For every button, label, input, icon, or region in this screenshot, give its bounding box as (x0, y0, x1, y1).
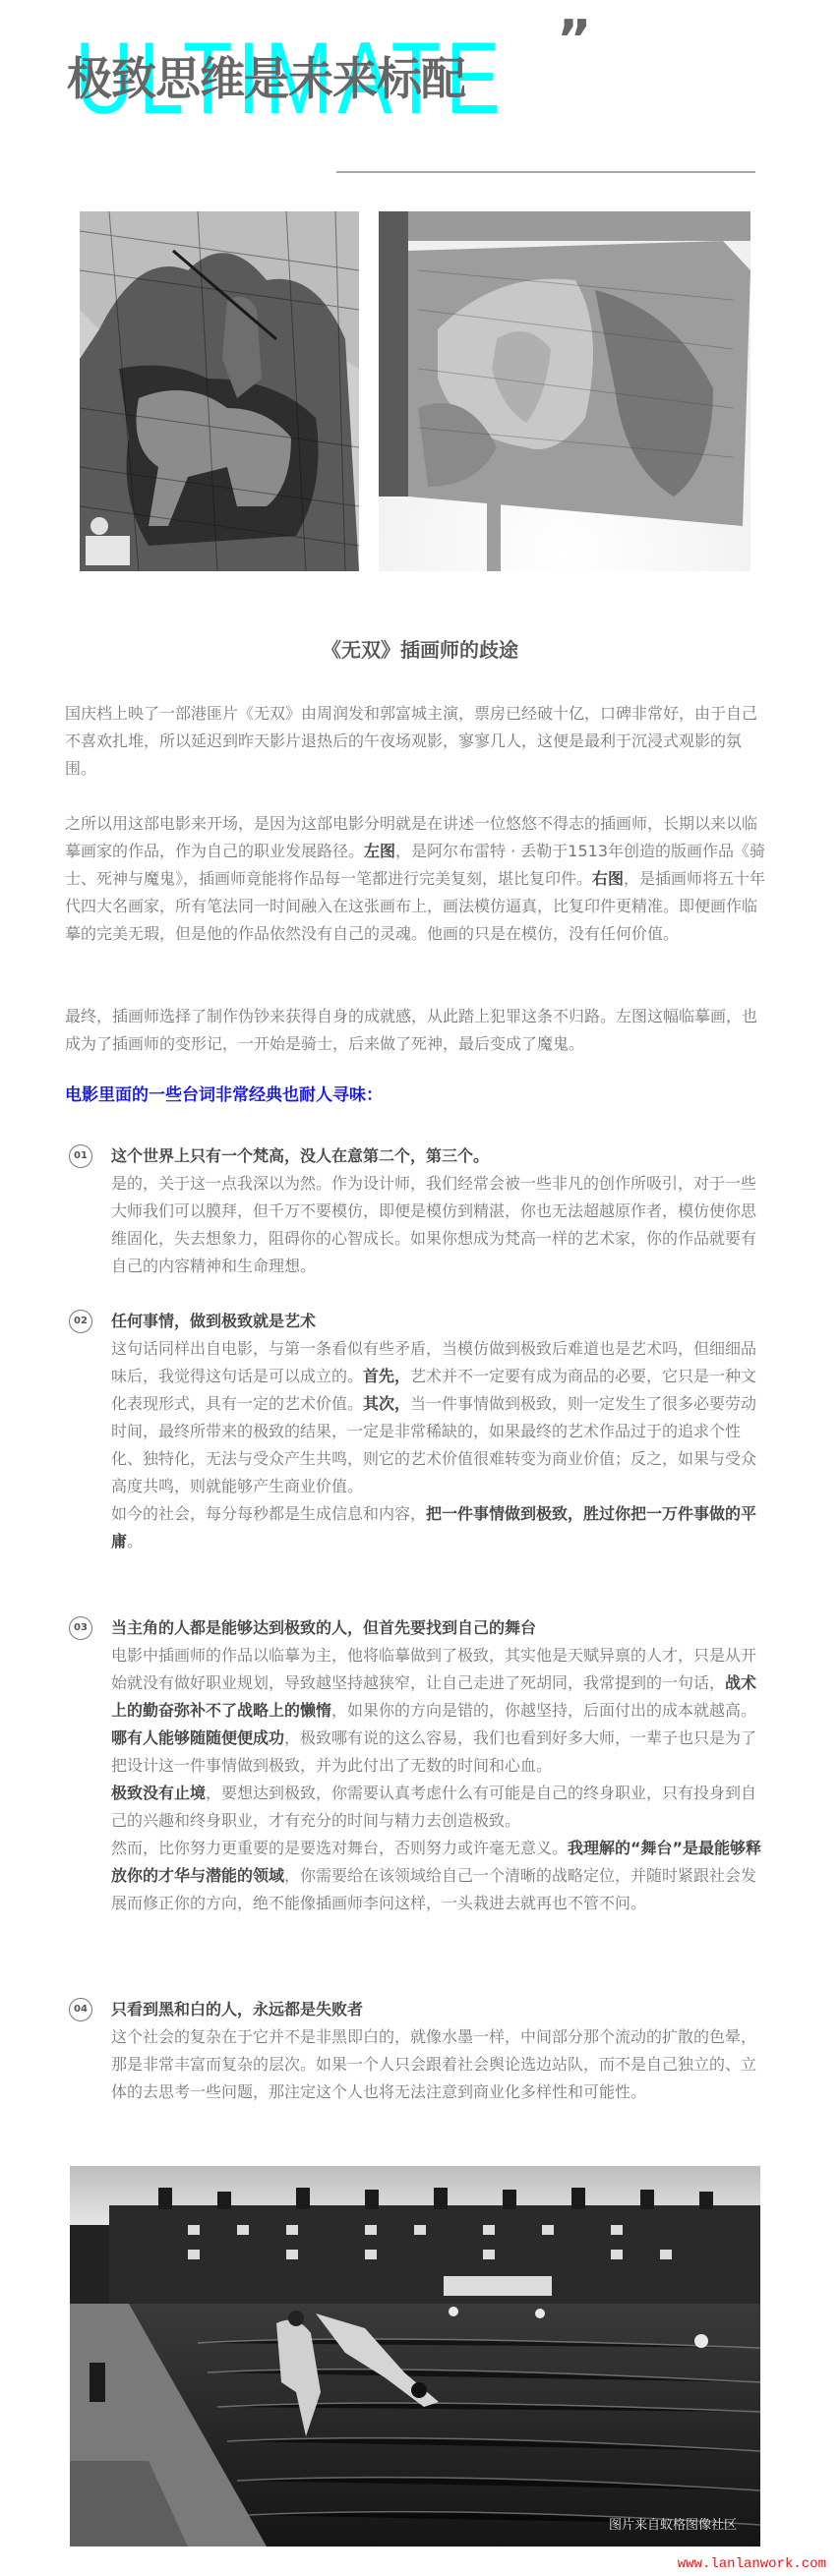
number-badge: 02 (69, 1310, 92, 1333)
body-text: 如今的社会，每分每秒都是生成信息和内容， (111, 1504, 426, 1523)
diving-kids-photo: 图片来自蚁格图像社区 (70, 2166, 760, 2547)
quote-item-body: 电影中插画师的作品以临摹为主，他将临摹做到了极致，其实他是天赋异禀的人才，只是从… (111, 1642, 771, 1725)
quote-item-body: 如今的社会，每分每秒都是生成信息和内容，把一件事情做到极致，胜过你把一万件事做的… (111, 1500, 771, 1555)
body-text: 然而，比你努力更重要的是要选对舞台，否则努力或许毫无意义。 (111, 1839, 568, 1857)
body-text: ，要想达到极致，你需要认真考虑什么有可能是自己的终身职业，只有投身到自己的兴趣和… (111, 1784, 756, 1830)
quote-item-body: 是的，关于这一点我深以为然。作为设计师，我们经常会被一些非凡的创作所吸引，对于一… (111, 1170, 771, 1280)
canvas-photo-illustration (379, 211, 750, 571)
emphasis-text: 首先， (363, 1367, 410, 1385)
quote-item-body: 这个社会的复杂在于它并不是非黑即白的，就像水墨一样，中间部分那个流动的扩散的色晕… (111, 2023, 771, 2106)
quote-item-heading: 只看到黑和白的人，永远都是失败者 (111, 1996, 771, 2023)
quote-item-heading: 任何事情，做到极致就是艺术 (111, 1308, 771, 1335)
number-badge: 01 (69, 1144, 92, 1168)
right-image-label: 右图 (592, 869, 624, 888)
quote-item-02: 02 任何事情，做到极致就是艺术 这句话同样出自电影，与第一条看似有些矛盾，当模… (69, 1308, 771, 1555)
body-text: 。 (127, 1532, 143, 1551)
left-image-label: 左图 (364, 842, 395, 860)
quote-item-body: 极致没有止境，要想达到极致，你需要认真考虑什么有可能是自己的终身职业，只有投身到… (111, 1780, 771, 1835)
number-badge: 03 (69, 1616, 92, 1640)
illustrator-copy-canvas-image (379, 211, 750, 571)
header-divider (336, 171, 755, 173)
quote-item-body: 哪有人能够随随便便成功，极致哪有说的这么容易，我们也看到好多大师，一辈子也只是为… (111, 1725, 771, 1780)
page-title: 极致思维是未来标配 (67, 51, 465, 106)
quote-item-03: 03 当主角的人都是能够达到极致的人，但首先要找到自己的舞台 电影中插画师的作品… (69, 1614, 771, 1917)
emphasis-text: 极致没有止境 (111, 1784, 206, 1802)
number-badge: 04 (69, 1998, 92, 2021)
photo-credit: 图片来自蚁格图像社区 (609, 2514, 737, 2533)
context-paragraph: 之所以用这部电影来开场，是因为这部电影分明就是在讲述一位悠悠不得志的插画师，长期… (65, 810, 771, 948)
diving-photo-illustration (70, 2166, 760, 2547)
quotes-heading: 电影里面的一些台词非常经典也耐人寻味： (65, 1082, 383, 1109)
site-watermark[interactable]: www.lanlanwork.com (678, 2556, 826, 2572)
body-text: ，如果你的方向是错的，你越坚持，后面付出的成本就越高。 (331, 1701, 756, 1720)
emphasis-text: 其次， (363, 1394, 410, 1413)
knight-death-devil-engraving-image (80, 211, 359, 571)
emphasis-text: 哪有人能够随随便便成功 (111, 1728, 284, 1747)
quote-item-04: 04 只看到黑和白的人，永远都是失败者 这个社会的复杂在于它并不是非黑即白的，就… (69, 1996, 771, 2106)
quote-mark-icon: ” (557, 14, 592, 67)
quote-item-01: 01 这个世界上只有一个梵高，没人在意第二个，第三个。 是的，关于这一点我深以为… (69, 1142, 771, 1280)
body-text: 电影中插画师的作品以临摹为主，他将临摹做到了极致，其实他是天赋异禀的人才，只是从… (111, 1646, 756, 1692)
quote-item-heading: 当主角的人都是能够达到极致的人，但首先要找到自己的舞台 (111, 1614, 771, 1642)
quote-item-body: 这句话同样出自电影，与第一条看似有些矛盾，当模仿做到极致后难道也是艺术吗，但细细… (111, 1335, 771, 1500)
intro-paragraph: 国庆档上映了一部港匪片《无双》由周润发和郭富城主演，票房已经破十亿，口碑非常好，… (65, 700, 771, 783)
quote-item-heading: 这个世界上只有一个梵高，没人在意第二个，第三个。 (111, 1142, 771, 1170)
engraving-illustration (80, 211, 359, 571)
section-title: 《无双》插画师的歧途 (0, 635, 840, 665)
quote-item-body: 然而，比你努力更重要的是要选对舞台，否则努力或许毫无意义。我理解的“舞台”是最能… (111, 1835, 771, 1917)
conclusion-paragraph: 最终，插画师选择了制作伪钞来获得自身的成就感，从此踏上犯罪这条不归路。左图这幅临… (65, 1003, 771, 1058)
